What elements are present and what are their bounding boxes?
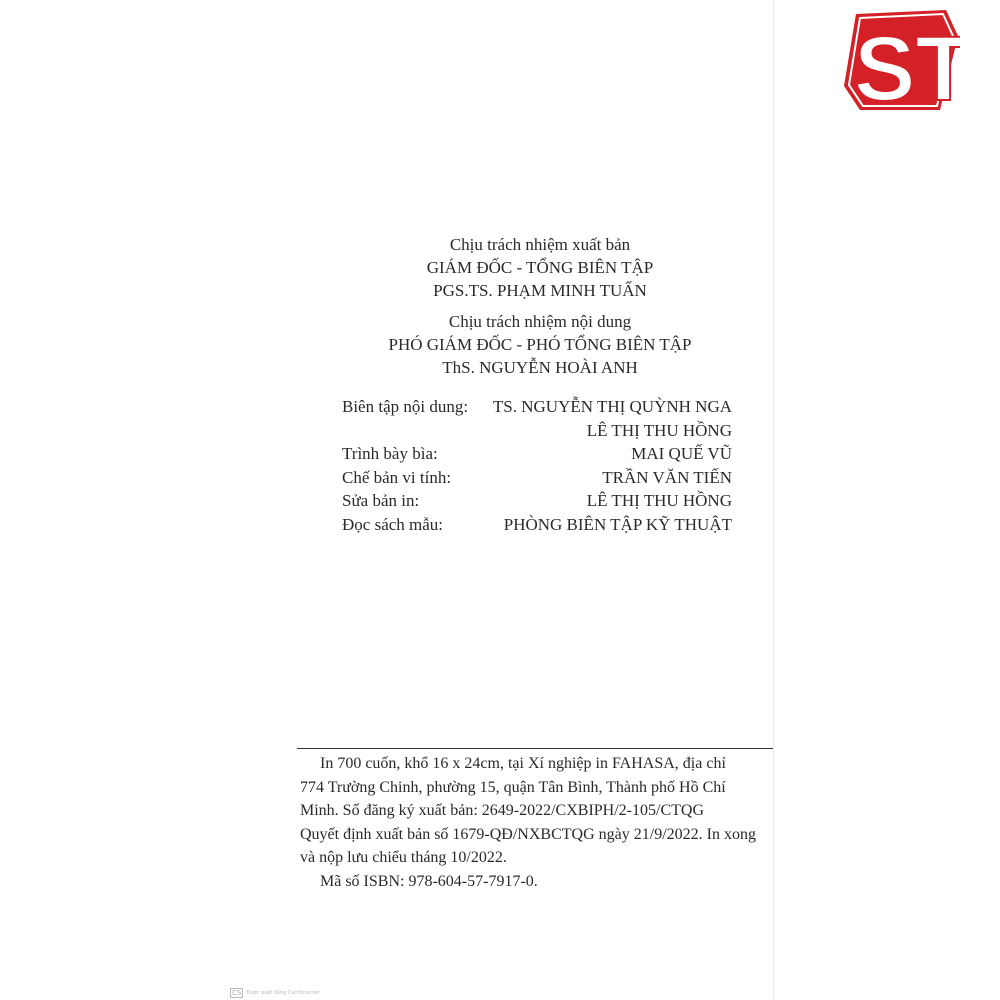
resp-content-label: Chịu trách nhiệm nội dung: [330, 310, 750, 333]
colophon-line: In 700 cuốn, khổ 16 x 24cm, tại Xí nghiệ…: [300, 752, 780, 776]
divider-rule: [297, 748, 773, 749]
credit-label: Biên tập nội dung:: [342, 395, 468, 419]
resp-content-title: PHÓ GIÁM ĐỐC - PHÓ TỔNG BIÊN TẬP: [330, 333, 750, 356]
st-logo-icon: ST: [842, 6, 960, 114]
credit-value: TRẦN VĂN TIẾN: [602, 466, 732, 490]
page-edge: [773, 0, 1000, 1000]
credit-row: Trình bày bìa:MAI QUẾ VŨ: [342, 442, 732, 466]
resp-publishing-title: GIÁM ĐỐC - TỔNG BIÊN TẬP: [330, 256, 750, 279]
colophon-line: Minh. Số đăng ký xuất bản: 2649-2022/CXB…: [300, 799, 780, 823]
camscanner-icon: CS: [230, 988, 243, 998]
credit-value: LÊ THỊ THU HỒNG: [587, 419, 732, 443]
credit-value: MAI QUẾ VŨ: [631, 442, 732, 466]
credit-value: PHÒNG BIÊN TẬP KỸ THUẬT: [504, 513, 732, 537]
credit-row: Sửa bản in:LÊ THỊ THU HỒNG: [342, 489, 732, 513]
credit-label: Đọc sách mẫu:: [342, 513, 443, 537]
responsibility-block: Chịu trách nhiệm xuất bản GIÁM ĐỐC - TỔN…: [330, 233, 750, 379]
colophon-line: 774 Trường Chinh, phường 15, quận Tân Bì…: [300, 776, 780, 800]
credit-value: LÊ THỊ THU HỒNG: [587, 489, 732, 513]
credit-row: LÊ THỊ THU HỒNG: [342, 419, 732, 443]
isbn-line: Mã số ISBN: 978-604-57-7917-0.: [300, 870, 780, 894]
resp-publishing-name: PGS.TS. PHẠM MINH TUẤN: [330, 279, 750, 302]
colophon-line: Quyết định xuất bản số 1679-QĐ/NXBCTQG n…: [300, 823, 780, 847]
svg-text:ST: ST: [854, 18, 960, 114]
colophon-line: và nộp lưu chiểu tháng 10/2022.: [300, 846, 780, 870]
credit-row: Biên tập nội dung:TS. NGUYỄN THỊ QUỲNH N…: [342, 395, 732, 419]
resp-content-name: ThS. NGUYỄN HOÀI ANH: [330, 356, 750, 379]
scanner-text: Được quét bằng CamScanner: [246, 990, 319, 996]
credit-row: Chế bản vi tính:TRẦN VĂN TIẾN: [342, 466, 732, 490]
colophon: In 700 cuốn, khổ 16 x 24cm, tại Xí nghiệ…: [300, 752, 780, 893]
credit-label: Trình bày bìa:: [342, 442, 438, 466]
scanner-watermark: CS Được quét bằng CamScanner: [230, 988, 320, 998]
credits-list: Biên tập nội dung:TS. NGUYỄN THỊ QUỲNH N…: [342, 395, 732, 536]
credit-label: Sửa bản in:: [342, 489, 419, 513]
credit-value: TS. NGUYỄN THỊ QUỲNH NGA: [493, 395, 732, 419]
credit-row: Đọc sách mẫu:PHÒNG BIÊN TẬP KỸ THUẬT: [342, 513, 732, 537]
resp-publishing-label: Chịu trách nhiệm xuất bản: [330, 233, 750, 256]
credit-label: Chế bản vi tính:: [342, 466, 451, 490]
